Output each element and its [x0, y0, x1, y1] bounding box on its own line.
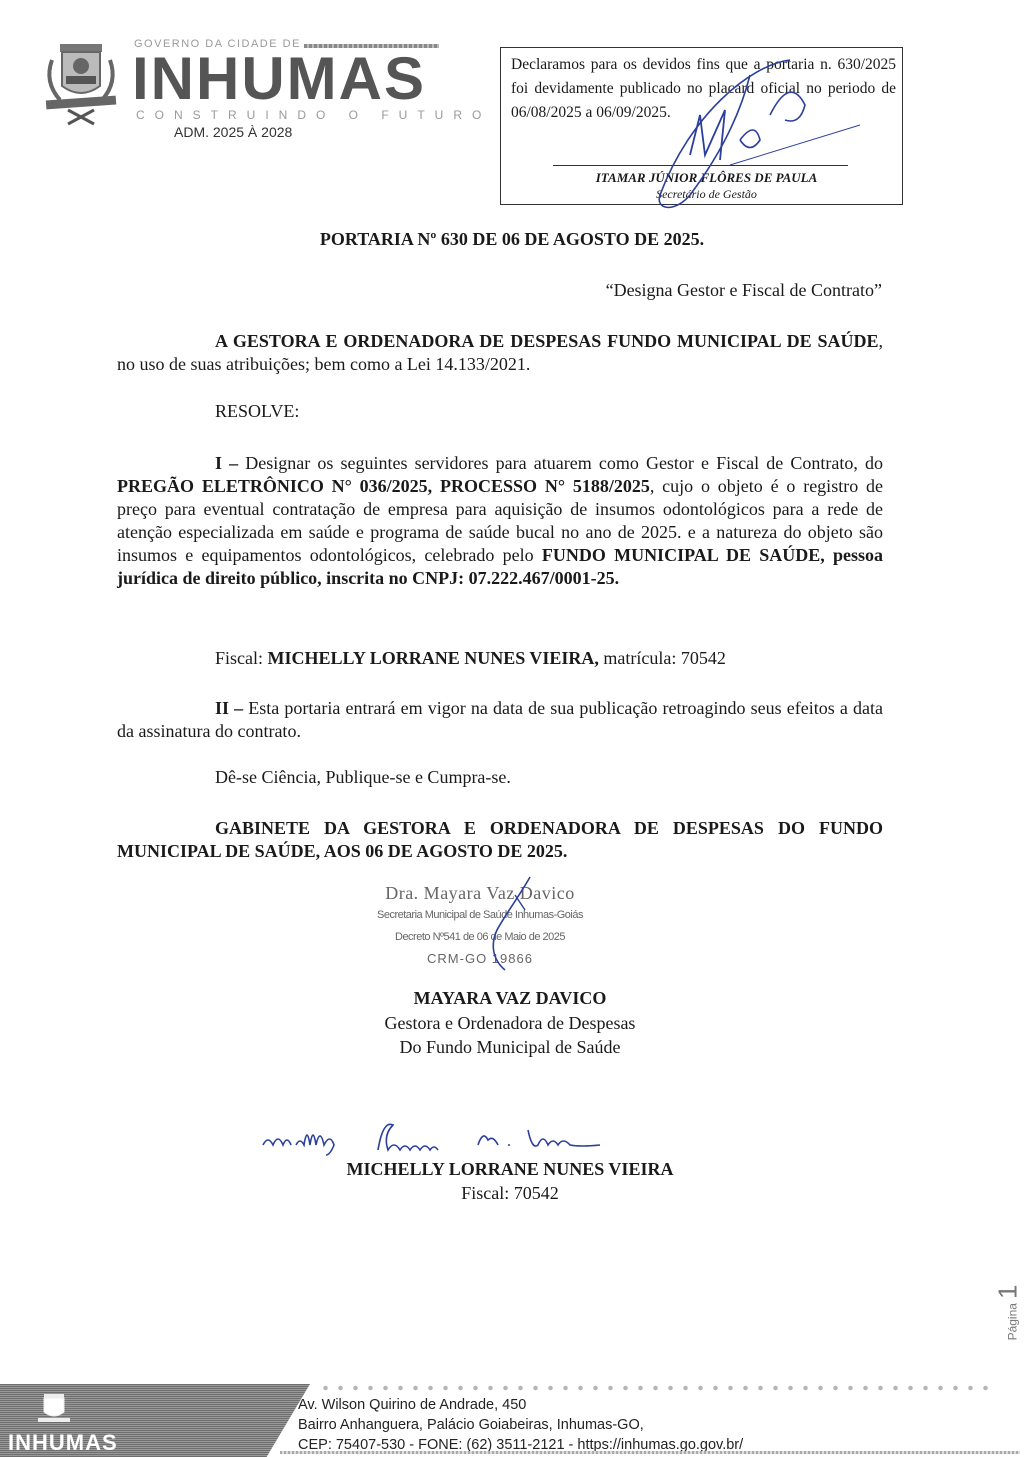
fiscal-signer-matricula: Fiscal: 70542: [300, 1181, 720, 1205]
stamp-line-3: Decreto Nº541 de 06 de Maio de 2025: [340, 926, 620, 948]
fiscal-designation: Fiscal: MICHELLY LORRANE NUNES VIEIRA, m…: [117, 647, 883, 670]
intro-paragraph: A GESTORA E ORDENADORA DE DESPESAS FUNDO…: [117, 330, 883, 376]
decorative-dots: [318, 1384, 998, 1392]
page-value: 1: [992, 1285, 1022, 1299]
footer-city-name: INHUMAS: [8, 1430, 118, 1456]
page-number: Página1: [992, 1285, 1023, 1341]
slogan: CONSTRUINDO O FUTURO: [136, 108, 491, 122]
page-label: Página: [1005, 1303, 1019, 1340]
article-1-label: I –: [215, 453, 238, 473]
signer-role-1: Gestora e Ordenadora de Despesas: [300, 1011, 720, 1035]
administration-period: ADM. 2025 À 2028: [174, 124, 292, 140]
resolve-heading: RESOLVE:: [117, 400, 883, 423]
footer-rule: [280, 1451, 1020, 1454]
stamp-line-4: CRM-GO 19866: [340, 948, 620, 970]
document-subtitle: “Designa Gestor e Fiscal de Contrato”: [606, 280, 882, 301]
article-2-label: II –: [215, 698, 243, 718]
gabinete-line: GABINETE DA GESTORA E ORDENADORA DE DESP…: [117, 817, 883, 863]
article-1-text-a: Designar os seguintes servidores para at…: [238, 453, 883, 473]
ciencia-line: Dê-se Ciência, Publique-se e Cumpra-se.: [117, 766, 883, 789]
header-logo: GOVERNO DA CIDADE DE INHUMAS CONSTRUINDO…: [38, 36, 448, 146]
fiscal-label: Fiscal:: [215, 648, 268, 668]
document-title: PORTARIA Nº 630 DE 06 DE AGOSTO DE 2025.: [0, 229, 1024, 250]
address-line-1: Av. Wilson Quirino de Andrade, 450: [298, 1395, 743, 1415]
article-1-process: PREGÃO ELETRÔNICO N° 036/2025, PROCESSO …: [117, 476, 650, 496]
article-2: II – Esta portaria entrará em vigor na d…: [117, 697, 883, 743]
publication-declaration-box: Declaramos para os devidos fins que a po…: [500, 47, 903, 205]
signer-name: MAYARA VAZ DAVICO: [300, 986, 720, 1010]
declaration-text: Declaramos para os devidos fins que a po…: [511, 53, 896, 125]
coat-of-arms-icon: [38, 36, 124, 136]
handwritten-signature-icon: [258, 1115, 618, 1159]
fiscal-signer-name: MICHELLY LORRANE NUNES VIEIRA: [300, 1157, 720, 1181]
signature-line: [553, 165, 848, 166]
address-line-2: Bairro Anhanguera, Palácio Goiabeiras, I…: [298, 1415, 743, 1435]
declaration-signer-name: ITAMAR JÚNIOR FLÔRES DE PAULA: [501, 170, 902, 186]
fiscal-name: MICHELLY LORRANE NUNES VIEIRA,: [268, 648, 599, 668]
official-stamp: Dra. Mayara Vaz Davico Secretaria Munici…: [340, 882, 620, 970]
city-name: INHUMAS: [132, 44, 426, 114]
declaration-signer-role: Secretário de Gestão: [501, 187, 902, 202]
stamp-line-1: Dra. Mayara Vaz Davico: [340, 882, 620, 904]
coat-of-arms-icon: [30, 1390, 78, 1430]
fiscal-matricula: matrícula: 70542: [599, 648, 726, 668]
footer-address: Av. Wilson Quirino de Andrade, 450 Bairr…: [298, 1395, 743, 1455]
signer-role-2: Do Fundo Municipal de Saúde: [300, 1035, 720, 1059]
article-1: I – Designar os seguintes servidores par…: [117, 452, 883, 590]
stamp-line-2: Secretaria Municipal de Saúde Inhumas-Go…: [340, 904, 620, 926]
intro-bold: A GESTORA E ORDENADORA DE DESPESAS FUNDO…: [215, 331, 879, 351]
